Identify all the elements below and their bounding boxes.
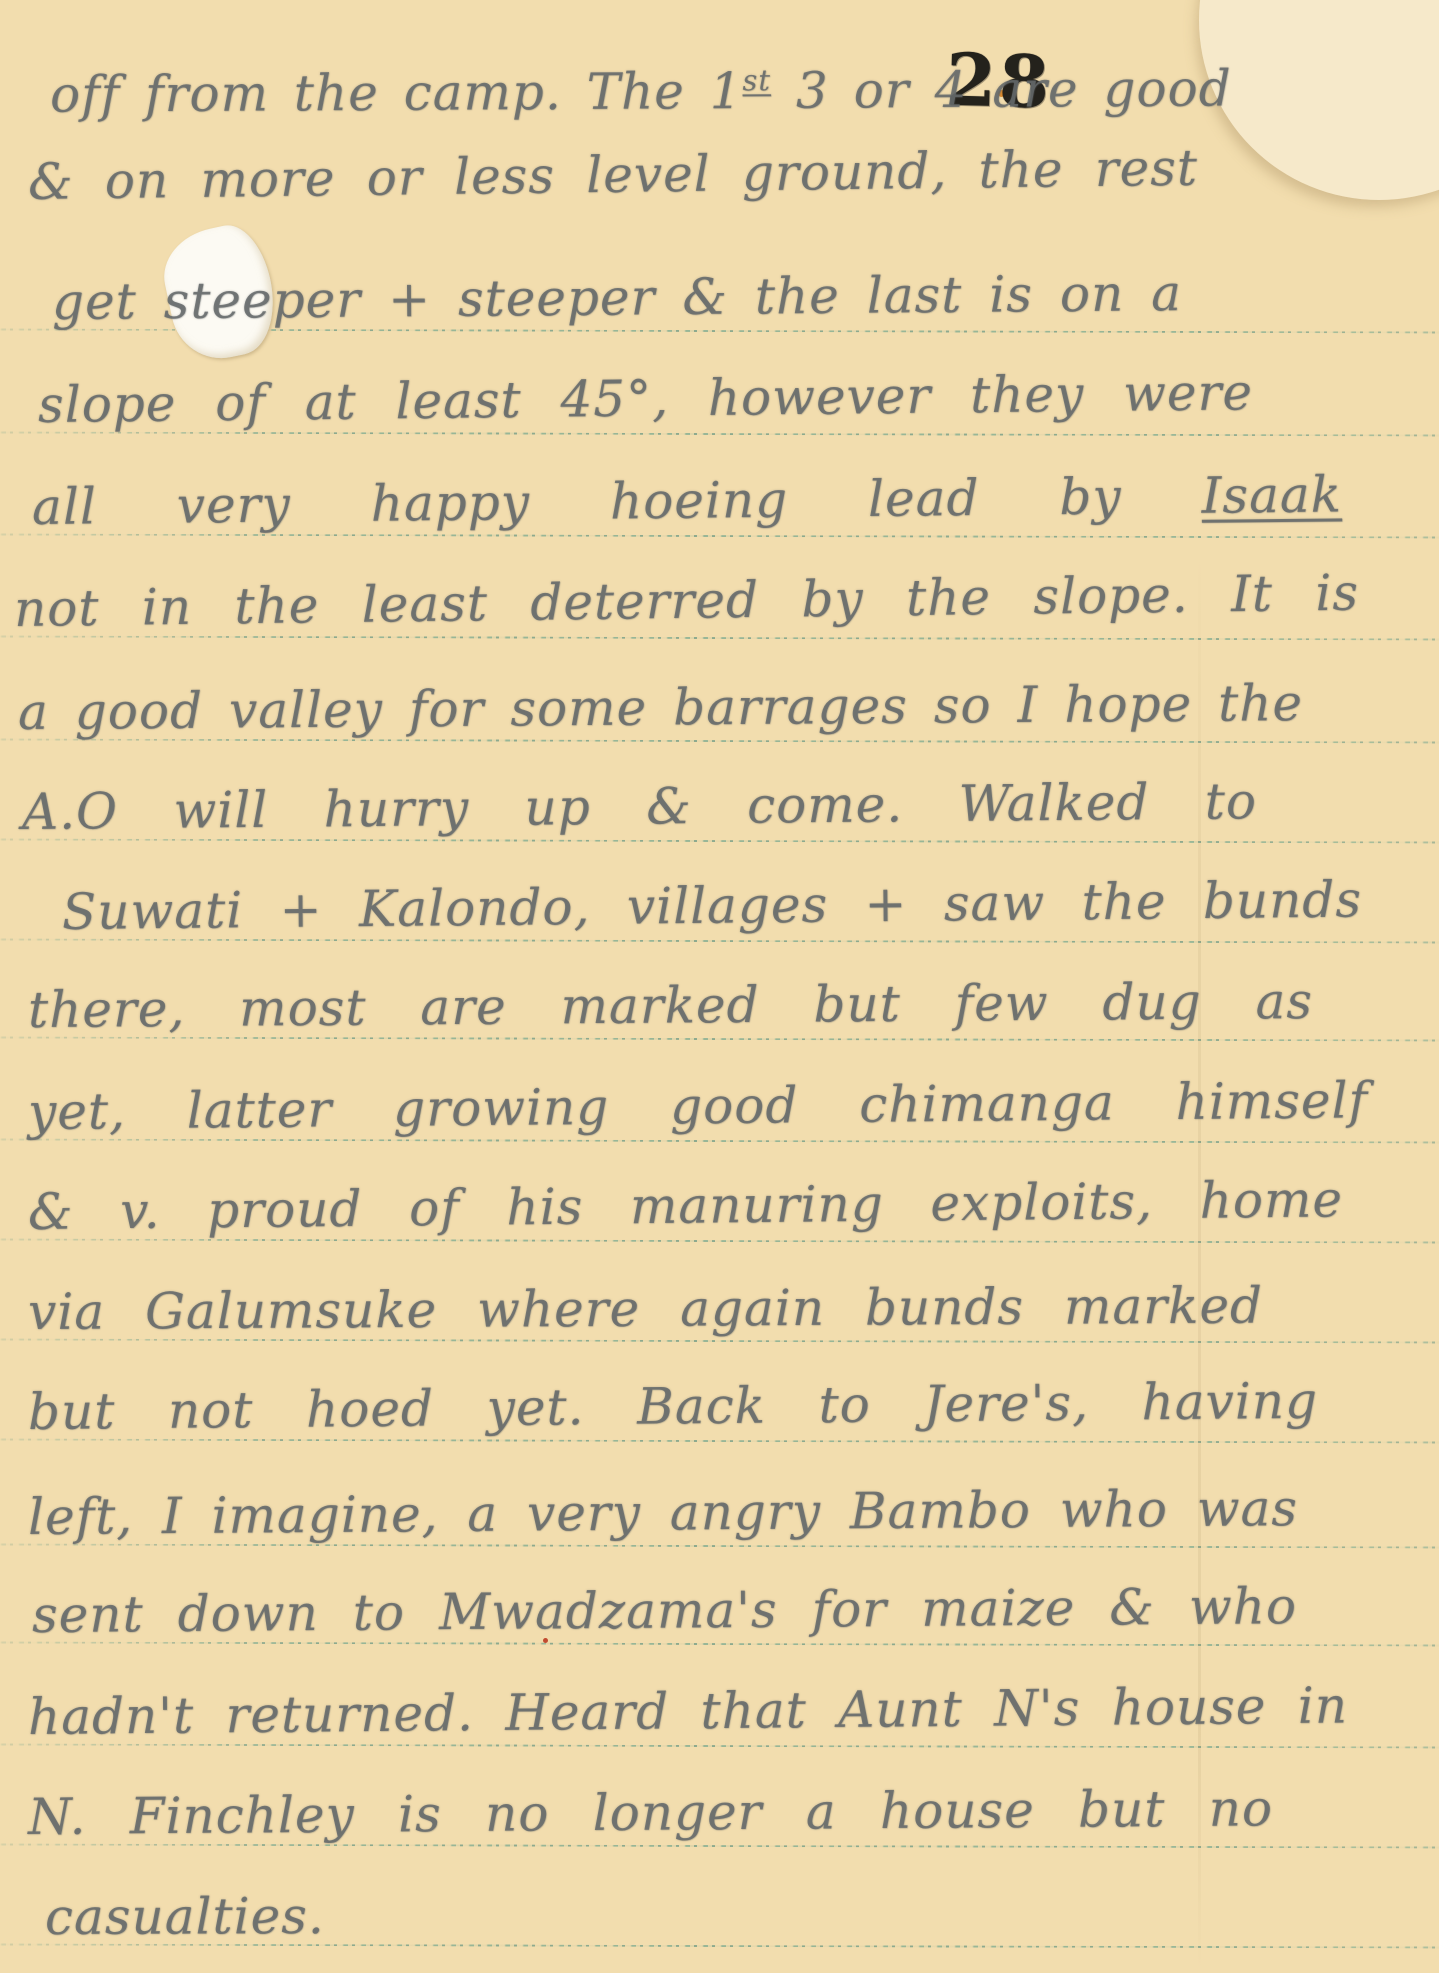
handwritten-line-1: off from the camp. The 1st 3 or 4 are go… — [50, 38, 1155, 134]
handwritten-line-16: sent down to Mwadzama's for maize & who — [32, 1566, 1298, 1655]
handwritten-line-18: N. Finchley is no longer a house but no — [28, 1768, 1274, 1857]
handwritten-line-8: A.O will hurry up & come. Walked to — [22, 761, 1258, 852]
handwritten-line-10: there, most are marked but few dug as — [28, 961, 1314, 1050]
handwritten-line-4: slope of at least 45°, however they were — [38, 352, 1254, 445]
handwritten-line-6: not in the least deterred by the slope. … — [14, 553, 1360, 649]
handwritten-line-14: but not hoed yet. Back to Jere's, having — [28, 1361, 1319, 1452]
ordinal-superscript: st — [742, 63, 771, 97]
handwritten-line-3: get steeper + steeper & the last is on a — [52, 253, 1183, 342]
page-corner-curl — [1199, 0, 1439, 200]
line-text: all very happy hoeing lead by — [32, 468, 1122, 536]
handwritten-line-17: hadn't returned. Heard that Aunt N's hou… — [28, 1665, 1349, 1757]
handwritten-line-13: via Galumsuke where again bunds marked — [28, 1266, 1263, 1352]
underlined-name: Isaak — [1201, 465, 1342, 524]
line-text: 3 or 4 are good — [771, 59, 1232, 119]
handwritten-line-5: all very happy hoeing lead by Isaak — [32, 454, 1343, 547]
handwritten-line-11: yet, latter growing good chimanga himsel… — [28, 1060, 1369, 1152]
handwritten-line-15: left, I imagine, a very angry Bambo who … — [28, 1468, 1299, 1557]
notebook-page: 28 off from the camp. The 1st 3 or 4 are… — [0, 0, 1439, 1973]
line-text: off from the camp. The 1 — [50, 62, 743, 124]
handwritten-line-2: & on more or less level ground, the rest — [28, 128, 1199, 222]
handwritten-line-19: casualties. — [45, 1876, 465, 1957]
handwritten-line-12: & v. proud of his manuring exploits, hom… — [28, 1159, 1344, 1252]
handwritten-line-9: Suwati + Kalondo, villages + saw the bun… — [62, 860, 1363, 952]
handwritten-line-7: a good valley for some barrages so I hop… — [18, 663, 1304, 752]
